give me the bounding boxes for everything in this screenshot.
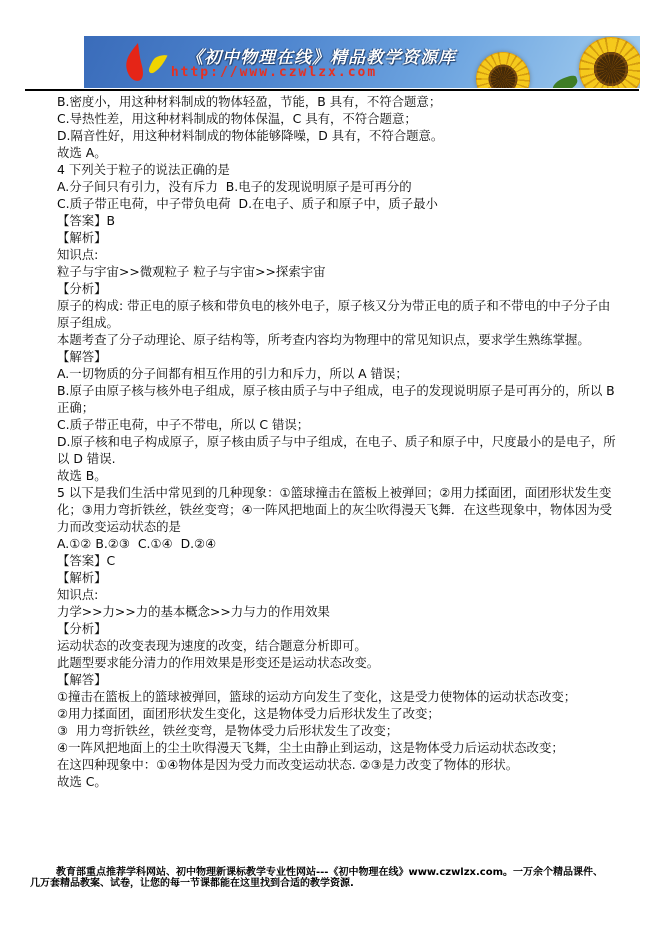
text-line: 正确；	[57, 399, 616, 416]
text-line: C.导热性差，用这种材料制成的物体保温，C 具有，不符合题意；	[57, 110, 616, 127]
text-line: 【答案】B	[57, 212, 616, 229]
text-line: B.原子由原子核与核外电子组成，原子核由质子与中子组成，电子的发现说明原子是可再…	[57, 382, 616, 399]
sunflower-icon	[579, 37, 640, 88]
text-line: 故选 A。	[57, 144, 616, 161]
text-line: ①撞击在篮板上的篮球被弹回，篮球的运动方向发生了变化，这是受力使物体的运动状态改…	[57, 688, 616, 705]
document-body-text: B.密度小，用这种材料制成的物体轻盈，节能，B 具有，不符合题意；C.导热性差，…	[57, 93, 616, 790]
footer-promo-text: 教育部重点推荐学科网站、初中物理新课标教学专业性网站---《初中物理在线》www…	[30, 867, 603, 889]
document-page: { "banner": { "title": "《初中物理在线》精品教学资源库"…	[0, 0, 661, 936]
text-line: 在这四种现象中：①④物体是因为受力而改变运动状态. ②③是力改变了物体的形状。	[57, 756, 616, 773]
text-line: 【解答】	[57, 348, 616, 365]
text-line: 此题型要求能分清力的作用效果是形变还是运动状态改变。	[57, 654, 616, 671]
text-line: 力而改变运动状态的是	[57, 518, 616, 535]
text-line: 本题考查了分子动理论、原子结构等，所考查内容均为物理中的常见知识点，要求学生熟练…	[57, 331, 616, 348]
text-line: C.质子带正电荷，中子带负电荷 D.在电子、质子和原子中，质子最小	[57, 195, 616, 212]
banner-url-link: http://www.czwlzx.com	[124, 65, 424, 80]
text-line: 故选 C。	[57, 773, 616, 790]
text-line: 【答案】C	[57, 552, 616, 569]
text-line: 粒子与宇宙>>微观粒子 粒子与宇宙>>探索宇宙	[57, 263, 616, 280]
footer-line: 几万套精品教案、试卷，让您的每一节课都能在这里找到合适的教学资源.	[30, 878, 603, 889]
text-line: 故选 B。	[57, 467, 616, 484]
text-line: 力学>>力>>力的基本概念>>力与力的作用效果	[57, 603, 616, 620]
text-line: A.一切物质的分子间都有相互作用的引力和斥力，所以 A 错误；	[57, 365, 616, 382]
text-line: 原子组成。	[57, 314, 616, 331]
text-line: 【解答】	[57, 671, 616, 688]
text-line: C.质子带正电荷，中子不带电，所以 C 错误；	[57, 416, 616, 433]
text-line: 【分析】	[57, 620, 616, 637]
text-line: 原子的构成: 带正电的原子核和带负电的核外电子，原子核又分为带正电的质子和不带电…	[57, 297, 616, 314]
text-line: D.原子核和电子构成原子，原子核由质子与中子组成，在电子、质子和原子中，尺度最小…	[57, 433, 616, 450]
text-line: ③ 用力弯折铁丝，铁丝变弯，是物体受力后形状发生了改变；	[57, 722, 616, 739]
text-line: 运动状态的改变表现为速度的改变，结合题意分析即可。	[57, 637, 616, 654]
leaf-decoration-icon	[551, 74, 580, 88]
header-divider	[25, 89, 639, 91]
text-line: D.隔音性好，用这种材料制成的物体能够降噪，D 具有，不符合题意。	[57, 127, 616, 144]
text-line: 【解析】	[57, 229, 616, 246]
site-banner: 《初中物理在线》精品教学资源库 http://www.czwlzx.com	[84, 36, 640, 88]
text-line: 以 D 错误.	[57, 450, 616, 467]
text-line: B.密度小，用这种材料制成的物体轻盈，节能，B 具有，不符合题意；	[57, 93, 616, 110]
footer-line: 教育部重点推荐学科网站、初中物理新课标教学专业性网站---《初中物理在线》www…	[30, 867, 603, 878]
text-line: 知识点:	[57, 246, 616, 263]
text-line: 【解析】	[57, 569, 616, 586]
text-line: ②用力揉面团，面团形状发生变化，这是物体受力后形状发生了改变；	[57, 705, 616, 722]
text-line: 5 以下是我们生活中常见到的几种现象：①篮球撞击在篮板上被弹回；②用力揉面团，面…	[57, 484, 616, 501]
text-line: 化；③用力弯折铁丝，铁丝变弯；④一阵风把地面上的灰尘吹得漫天飞舞．在这些现象中，…	[57, 501, 616, 518]
text-line: ④一阵风把地面上的尘土吹得漫天飞舞，尘土由静止到运动，这是物体受力后运动状态改变…	[57, 739, 616, 756]
text-line: 【分析】	[57, 280, 616, 297]
text-line: A.①② B.②③ C.①④ D.②④	[57, 535, 616, 552]
text-line: 知识点:	[57, 586, 616, 603]
text-line: A.分子间只有引力，没有斥力 B.电子的发现说明原子是可再分的	[57, 178, 616, 195]
text-line: 4 下列关于粒子的说法正确的是	[57, 161, 616, 178]
